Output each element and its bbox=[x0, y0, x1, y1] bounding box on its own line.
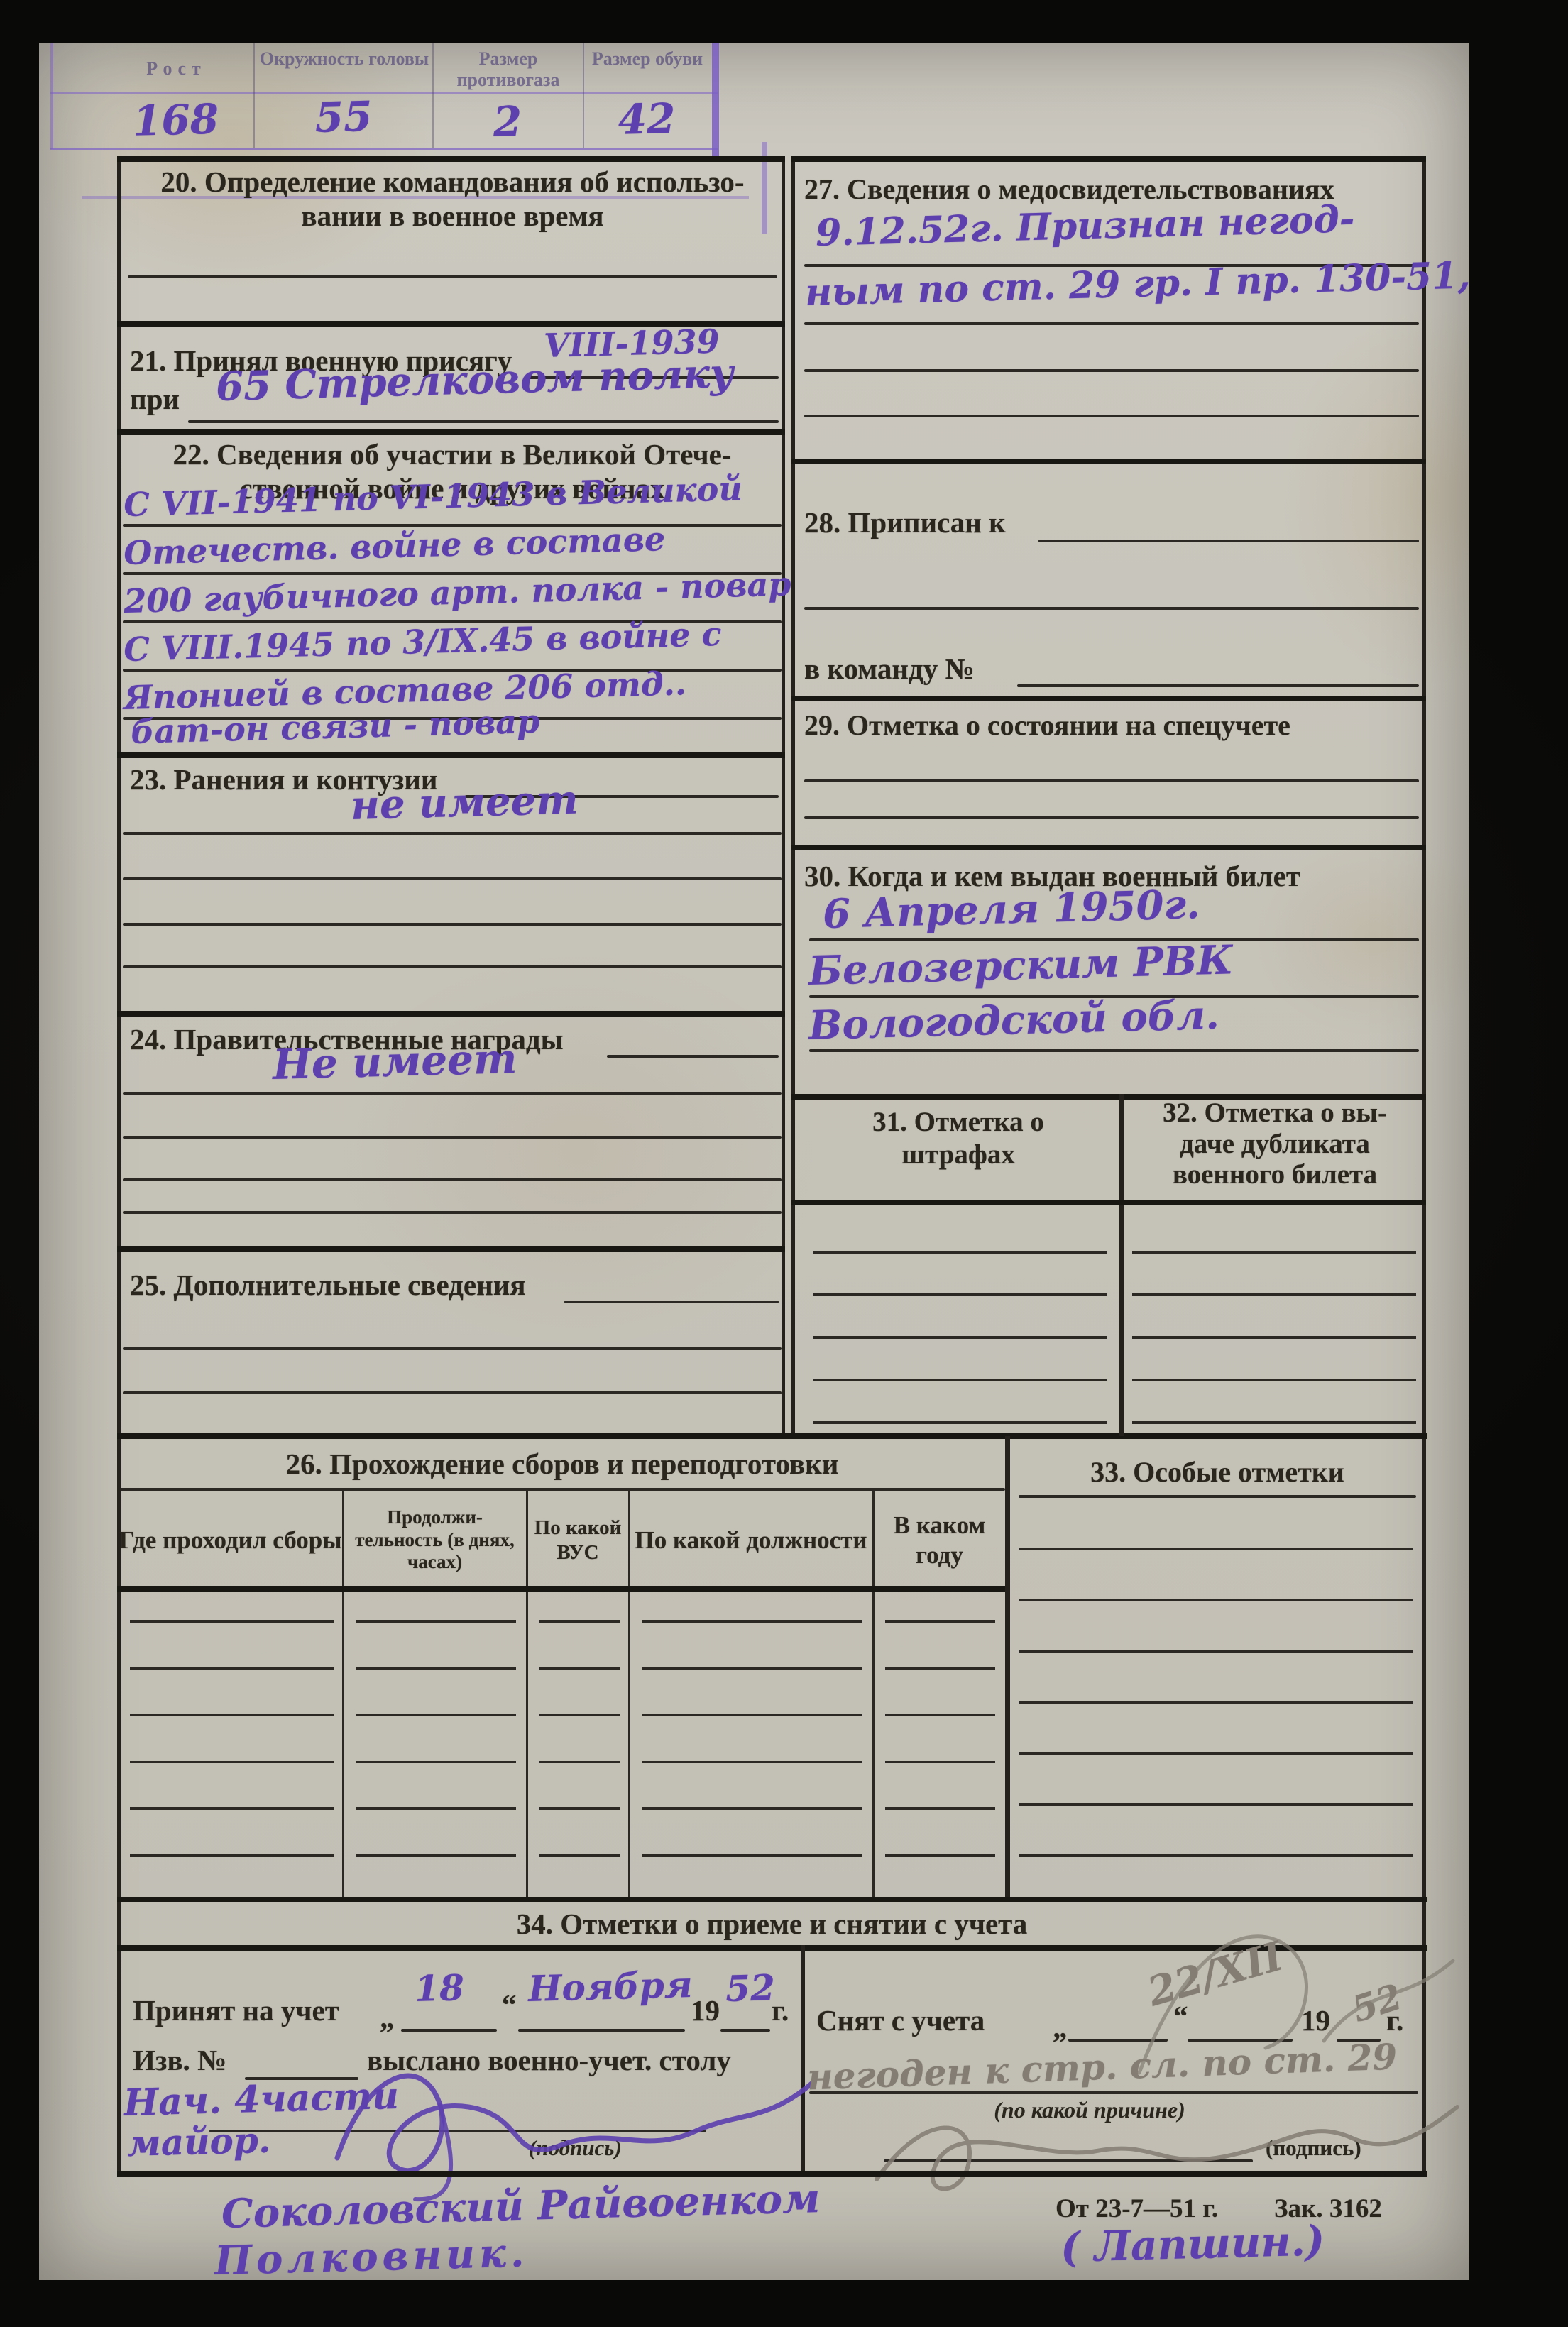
section-22-line1: 22. Сведения об участии в Великой Отече- bbox=[173, 438, 732, 471]
ruled-line bbox=[804, 369, 1419, 372]
stamp-header-head: Окружность головы bbox=[259, 48, 429, 70]
section-33-title: 33. Особые отметки bbox=[1015, 1455, 1420, 1489]
fines-rules bbox=[813, 1211, 1107, 1424]
table-header-position-text: По какой должности bbox=[635, 1526, 867, 1555]
removed-label: Снят с учета bbox=[816, 2003, 985, 2037]
stamp-left-border bbox=[50, 43, 53, 149]
table-cell-rules bbox=[885, 1576, 995, 1858]
accepted-day-handwriting: 18 bbox=[414, 1966, 464, 2010]
ruled-line bbox=[804, 816, 1419, 819]
stamp-header-height: Рост bbox=[99, 58, 253, 80]
ruled-line bbox=[123, 923, 782, 926]
section-23-handwriting: не имеет bbox=[350, 777, 579, 829]
section-30-hw-3: Вологодской обл. bbox=[808, 992, 1219, 1049]
ruled-line bbox=[804, 607, 1419, 610]
form-paper: Рост Окружность головы Размер противогаз… bbox=[39, 43, 1469, 2280]
stamp-value-shoes: 42 bbox=[586, 94, 708, 145]
izv-label: Изв. № bbox=[133, 2043, 226, 2077]
ruled-line bbox=[1038, 540, 1419, 542]
duplicate-rules bbox=[1132, 1211, 1416, 1424]
ruled-line bbox=[804, 322, 1419, 325]
section-21-pre: при bbox=[130, 382, 180, 416]
section-26-title: 26. Прохождение сборов и переподготовки bbox=[119, 1447, 1006, 1481]
scanned-military-registration-card: Рост Окружность головы Размер противогаз… bbox=[0, 0, 1568, 2327]
ruled-line bbox=[804, 779, 1419, 782]
section-32-line1: 32. Отметка о вы- bbox=[1163, 1097, 1387, 1128]
table-column-line bbox=[342, 1491, 344, 1897]
ruled-line bbox=[123, 1347, 782, 1350]
stamp-header-shoes: Размер обуви bbox=[587, 48, 708, 70]
ruled-line bbox=[123, 1391, 782, 1394]
section-20-line2: вании в военное время bbox=[301, 199, 603, 232]
table-cell-rules bbox=[130, 1576, 334, 1858]
ruled-line bbox=[607, 1055, 779, 1058]
table-header-duration: Продолжи-тельность (в днях, часах) bbox=[345, 1494, 525, 1586]
section-31-line2: штрафах bbox=[901, 1139, 1015, 1170]
section-27-hw-1: 9.12.52г. Признан негод- bbox=[815, 197, 1355, 255]
table-column-line bbox=[628, 1491, 630, 1897]
ruled-line bbox=[123, 832, 782, 835]
divider bbox=[117, 156, 785, 162]
ruled-line bbox=[188, 420, 779, 423]
section-22-hw-2: Отечеств. войне в составе bbox=[124, 520, 666, 572]
section-32-title: 32. Отметка о вы- даче дубликата военног… bbox=[1128, 1097, 1422, 1190]
polkovnik-handwriting: Полковник. bbox=[214, 2229, 529, 2284]
section-20-line1: 20. Определение командования об использо… bbox=[160, 165, 744, 198]
section-28-label2: в команду № bbox=[804, 652, 975, 686]
ruled-line bbox=[123, 1092, 782, 1095]
section-32-line2: даче дубликата bbox=[1180, 1129, 1370, 1159]
size-stamp-table: Рост Окружность головы Размер противогаз… bbox=[39, 43, 749, 163]
divider bbox=[791, 845, 1426, 850]
section-31-line1: 31. Отметка о bbox=[872, 1107, 1044, 1137]
special-marks-left-border bbox=[1005, 1436, 1010, 1897]
stamp-right-border bbox=[712, 43, 719, 160]
section-32-line3: военного билета bbox=[1173, 1159, 1377, 1190]
section-30-hw-2: Белозерским РВК bbox=[808, 936, 1234, 995]
divider bbox=[791, 696, 1426, 701]
lapshin-handwriting: ( Лапшин.) bbox=[1060, 2216, 1325, 2272]
section-27-hw-2: ным по ст. 29 гр. I пр. 130-51, bbox=[804, 253, 1471, 314]
table-cell-rules bbox=[356, 1576, 516, 1858]
ruled-line bbox=[128, 275, 777, 278]
stamp-value-head: 55 bbox=[258, 91, 429, 143]
section-29-title: 29. Отметка о состоянии на спецучете bbox=[804, 708, 1290, 742]
stamp-col-sep bbox=[432, 43, 434, 148]
section-24-handwriting: Не имеет bbox=[272, 1034, 517, 1089]
close-quote: “ bbox=[502, 1988, 517, 2022]
table-header-vus-text: По какой ВУС bbox=[529, 1516, 627, 1564]
ruled-line bbox=[564, 1301, 779, 1303]
divider bbox=[117, 1433, 1427, 1439]
pencil-flourish bbox=[1090, 1895, 1473, 2087]
ruled-line bbox=[123, 965, 782, 968]
special-marks-rules bbox=[1019, 1499, 1413, 1857]
table-header-where-text: Где проходил сборы bbox=[119, 1526, 341, 1555]
table-header-where: Где проходил сборы bbox=[119, 1494, 342, 1586]
section-31-title: 31. Отметка о штрафах bbox=[802, 1106, 1114, 1171]
ruled-line bbox=[1019, 1495, 1416, 1498]
table-header-position: По какой должности bbox=[631, 1494, 871, 1586]
ruled-line bbox=[123, 1211, 782, 1214]
section-25-label: 25. Дополнительные сведения bbox=[130, 1268, 526, 1302]
ruled-line bbox=[123, 1178, 782, 1181]
stamp-value-height: 168 bbox=[98, 94, 253, 146]
stamp-value-gasmask: 2 bbox=[435, 96, 580, 148]
left-box-right-border bbox=[782, 156, 785, 1436]
accepted-year-handwriting: 52 bbox=[725, 1966, 775, 2010]
section-28-label: 28. Приписан к bbox=[804, 505, 1006, 540]
ruled-line bbox=[1017, 684, 1419, 687]
right-box-left-border bbox=[791, 156, 795, 1436]
left-outer-border bbox=[117, 156, 121, 2177]
stamp-bottom-line bbox=[50, 148, 718, 150]
divider bbox=[117, 1011, 785, 1017]
accepted-month-handwriting: Ноября bbox=[527, 1964, 693, 2010]
ruled-line bbox=[804, 415, 1419, 417]
signature-pencil-scrawl bbox=[855, 2094, 1466, 2208]
divider bbox=[791, 459, 1426, 464]
open-quote-2: „ bbox=[1053, 2010, 1068, 2044]
ruled-line bbox=[123, 1136, 782, 1139]
stamp-col-sep bbox=[253, 43, 255, 148]
table-cell-rules bbox=[642, 1576, 862, 1858]
table-column-line bbox=[526, 1491, 528, 1897]
ruled-line bbox=[809, 1049, 1419, 1052]
table-header-year: В каком году bbox=[875, 1494, 1004, 1586]
section-20-title: 20. Определение командования об использо… bbox=[128, 165, 777, 234]
divider bbox=[791, 156, 1426, 162]
divider bbox=[117, 1246, 785, 1252]
table-header-duration-text: Продолжи-тельность (в днях, часах) bbox=[345, 1506, 525, 1575]
divider bbox=[117, 752, 785, 758]
major-handwriting: майор. bbox=[126, 2119, 270, 2164]
table-header-vus: По какой ВУС bbox=[529, 1494, 627, 1586]
table-header-year-text: В каком году bbox=[875, 1511, 1004, 1570]
table-cell-rules bbox=[539, 1576, 620, 1858]
divider bbox=[117, 429, 785, 435]
stamp-header-gasmask: Размер противогаза bbox=[437, 48, 580, 91]
stamp-col-sep bbox=[583, 43, 584, 148]
ruled-line bbox=[123, 877, 782, 880]
fines-duplicate-divider bbox=[1119, 1094, 1124, 1436]
divider bbox=[791, 1200, 1426, 1205]
section-30-hw-1: 6 Апреля 1950г. bbox=[822, 881, 1200, 938]
table-column-line bbox=[872, 1491, 875, 1897]
